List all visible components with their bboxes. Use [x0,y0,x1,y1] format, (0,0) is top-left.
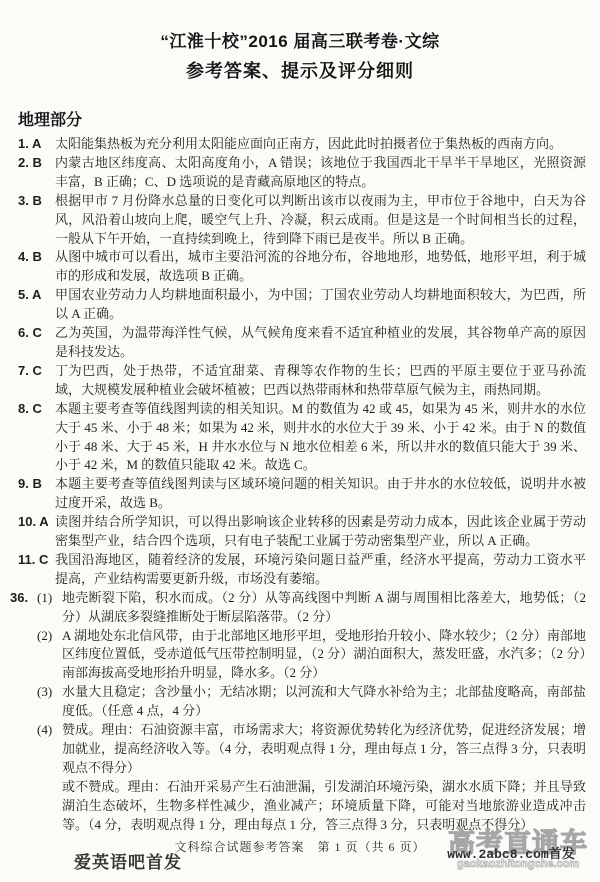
answer-text: 我国沿海地区，随着经济的发展，环境污染问题日益严重，经济水平提高，劳动力工资水平… [55,552,586,586]
answer-number: 2. B [18,154,42,173]
question-36: 36. (1) 地壳断裂下陷，积水而成。（2 分）从等高线图中判断 A 湖与周围… [10,589,586,835]
answer-item-7: 7. C 丁为巴西，处于热带，不适宜甜菜、青稞等农作物的生长；巴西的平原主要位于… [18,362,586,400]
part-marker: (2) [37,627,52,646]
part-marker: (1) [37,589,52,608]
answer-text: 太阳能集热板为充分利用太阳能应面向正南方，因此此时拍摄者位于集热板的西南方向。 [55,136,562,151]
answer-text: 根据甲市 7 月份降水总量的日变化可以判断出该市以夜雨为主，甲市位于谷地中，白天… [55,193,586,246]
answer-text: 从图中城市可以看出，城市主要沿河流的谷地分布，谷地地形，地势低，地形平坦，利于城… [55,249,586,283]
exam-answer-page: “江淮十校”2016 届高三联考卷·文综 参考答案、提示及评分细则 地理部分 1… [0,0,600,882]
page-subtitle: 参考答案、提示及评分细则 [0,57,600,83]
answer-number: 4. B [18,248,42,267]
answer-item-11: 11. C 我国沿海地区，随着经济的发展，环境污染问题日益严重，经济水平提高，劳… [18,551,586,589]
answer-list: 1. A 太阳能集热板为充分利用太阳能应面向正南方，因此此时拍摄者位于集热板的西… [18,135,586,589]
answer-text: 本题主要考查等值线图判读的相关知识。M 的数值为 42 或 45，如果为 45 … [55,401,586,473]
answer-number: 6. C [18,324,42,343]
part-text: A 湖地处东北信风带，由于北部地区地形平坦，受地形抬升较小、降水较少；（2 分）… [62,628,586,681]
question-36-part-2: (2) A 湖地处东北信风带，由于北部地区地形平坦，受地形抬升较小、降水较少；（… [10,627,586,684]
answer-item-6: 6. C 乙为英国，为温带海洋性气候，从气候角度来看不适宜种植业的发展，其谷物单… [18,324,586,362]
answer-item-8: 8. C 本题主要考查等值线图判读的相关知识。M 的数值为 42 或 45，如果… [18,400,586,476]
question-36-part-3: (3) 水量大且稳定；含沙量小；无结冰期；以河流和大气降水补给为主；北部盐度略高… [10,683,586,721]
answer-text: 丁为巴西，处于热带，不适宜甜菜、青稞等农作物的生长；巴西的平原主要位于亚马孙流域… [55,363,586,397]
answer-item-10: 10. A 读图并结合所学知识，可以得出影响该企业转移的因素是劳动力成本，因此该… [18,513,586,551]
answer-text: 乙为英国，为温带海洋性气候，从气候角度来看不适宜种植业的发展，其谷物单产高的原因… [55,325,586,359]
watermark-url: www.2abc8.com首发 [424,848,598,861]
question-36-part-4: (4) 赞成。理由：石油资源丰富，市场需求大；将资源优势转化为经济优势，促进经济… [10,721,586,834]
answer-number: 9. B [18,475,42,494]
answer-number: 3. B [18,192,42,211]
page-title: “江淮十校”2016 届高三联考卷·文综 [0,0,600,52]
part-text: 地壳断裂下陷，积水而成。（2 分）从等高线图中判断 A 湖与周围相比落差大，地势… [62,590,586,624]
answer-item-3: 3. B 根据甲市 7 月份降水总量的日变化可以判断出该市以夜雨为主，甲市位于谷… [18,192,586,249]
answer-item-5: 5. A 甲国农业劳动力人均耕地面积最小，为中国；丁国农业劳动人均耕地面积较大，… [18,286,586,324]
answer-number: 11. C [18,551,48,570]
site-credit-left: 爱英语吧首发 [74,848,182,873]
part-text: 水量大且稳定；含沙量小；无结冰期；以河流和大气降水补给为主；北部盐度略高，南部盐… [62,684,586,718]
answer-text: 本题主要考查等值线图判读与区域环境问题的相关知识。由于井水的水位较低，说明井水被… [55,476,586,510]
part-alt-text: 或不赞成。理由：石油开采易产生石油泄漏，引发湖泊环境污染，湖水水质下降；并且导致… [62,778,586,835]
answer-item-4: 4. B 从图中城市可以看出，城市主要沿河流的谷地分布，谷地地形，地势低，地形平… [18,248,586,286]
answer-number: 1. A [18,135,41,154]
answer-item-2: 2. B 内蒙古地区纬度高、太阳高度角小，A 错误；该地位于我国西北干旱半干旱地… [18,154,586,192]
part-marker: (4) [37,721,52,740]
answer-number: 8. C [18,400,42,419]
question-36-part-1: (1) 地壳断裂下陷，积水而成。（2 分）从等高线图中判断 A 湖与周围相比落差… [10,589,586,627]
answer-item-9: 9. B 本题主要考查等值线图判读与区域环境问题的相关知识。由于井水的水位较低，… [18,475,586,513]
part-marker: (3) [37,683,52,702]
answer-number: 10. A [18,513,49,532]
watermark: 高考直通车 www.2abc8.com首发 gaokaozhitongche.c… [438,830,598,870]
part-text: 赞成。理由：石油资源丰富，市场需求大；将资源优势转化为经济优势，促进经济发展；增… [62,722,586,775]
answer-item-1: 1. A 太阳能集热板为充分利用太阳能应面向正南方，因此此时拍摄者位于集热板的西… [18,135,586,154]
answer-number: 7. C [18,362,42,381]
answer-number: 5. A [18,286,41,305]
answer-text: 读图并结合所学知识，可以得出影响该企业转移的因素是劳动力成本，因此该企业属于劳动… [55,514,586,548]
answer-text: 内蒙古地区纬度高、太阳高度角小，A 错误；该地位于我国西北干旱半干旱地区，光照资… [55,155,586,189]
answer-text: 甲国农业劳动力人均耕地面积最小，为中国；丁国农业劳动人均耕地面积较大，为巴西，所… [55,287,586,321]
section-heading-geography: 地理部分 [18,107,600,130]
